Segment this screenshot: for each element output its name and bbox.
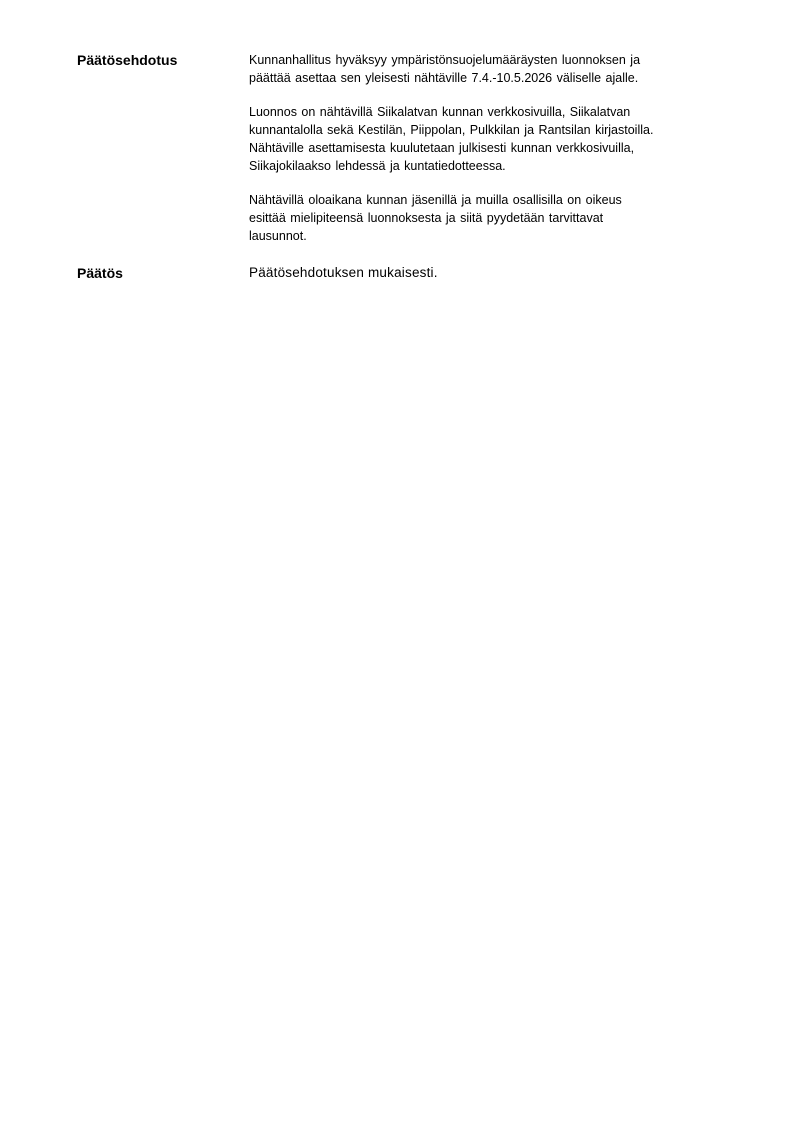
text-line: esittää mielipiteensä luonnoksesta ja si… xyxy=(249,209,739,227)
text-line: Nähtävillä oloaikana kunnan jäsenillä ja… xyxy=(249,191,739,209)
text-line: kunnantalolla sekä Kestilän, Piippolan, … xyxy=(249,121,739,139)
text-line: Siikajokilaakso lehdessä ja kuntatiedott… xyxy=(249,157,739,175)
decision-proposal-body: Kunnanhallitus hyväksyy ympäristönsuojel… xyxy=(249,51,739,261)
decision-proposal-label: Päätösehdotus xyxy=(77,51,177,69)
proposal-paragraph-availability: Luonnos on nähtävillä Siikalatvan kunnan… xyxy=(249,103,739,175)
decision-text: Päätösehdotuksen mukaisesti. xyxy=(249,264,739,282)
text-line: lausunnot. xyxy=(249,227,739,245)
text-line: Kunnanhallitus hyväksyy ympäristönsuojel… xyxy=(249,51,739,69)
proposal-paragraph-approval: Kunnanhallitus hyväksyy ympäristönsuojel… xyxy=(249,51,739,87)
text-line: Luonnos on nähtävillä Siikalatvan kunnan… xyxy=(249,103,739,121)
proposal-paragraph-opinions: Nähtävillä oloaikana kunnan jäsenillä ja… xyxy=(249,191,739,245)
text-line: päättää asettaa sen yleisesti nähtäville… xyxy=(249,69,739,87)
decision-label: Päätös xyxy=(77,264,123,282)
text-line: Nähtäville asettamisesta kuulutetaan jul… xyxy=(249,139,739,157)
